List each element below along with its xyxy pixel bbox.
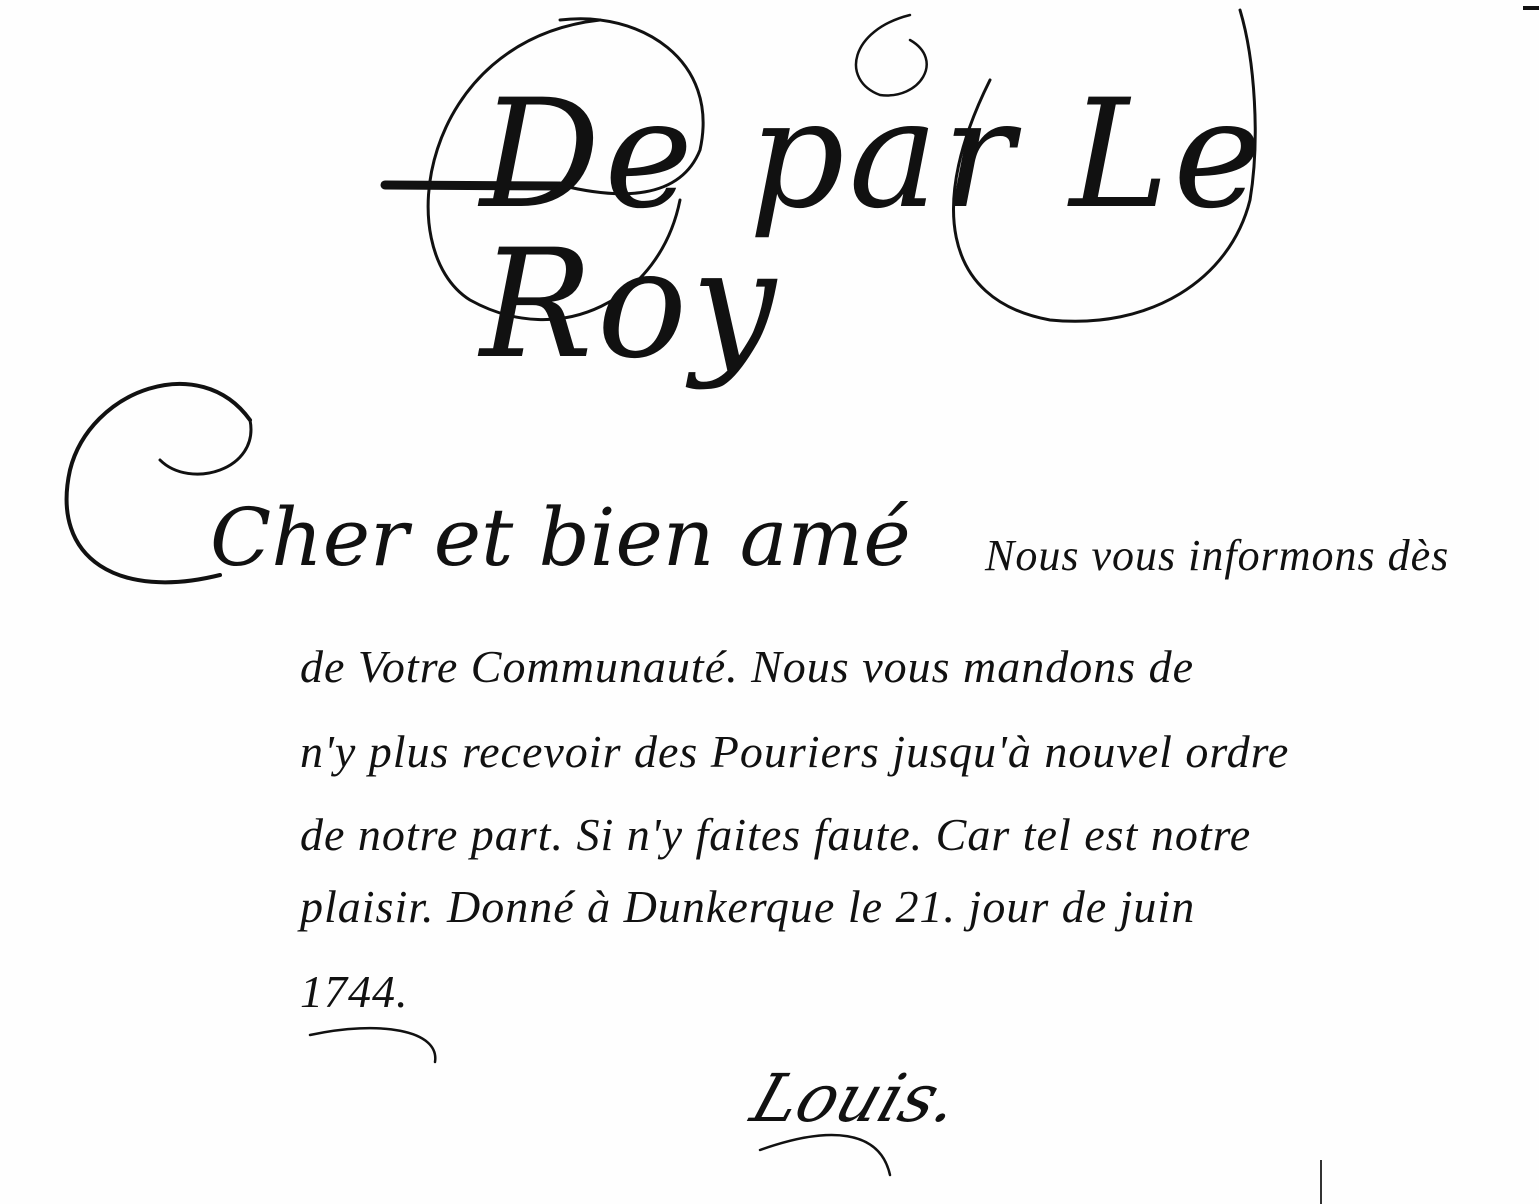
document-heading: De par Le Roy: [480, 80, 1539, 380]
margin-line: [1320, 1160, 1322, 1204]
royal-signature: Louis.: [742, 1060, 969, 1137]
text-line-1: Nous vous informons dès: [985, 530, 1449, 581]
text-line-3: n'y plus recevoir des Pouriers jusqu'à n…: [300, 725, 1289, 778]
corner-mark: [1523, 6, 1539, 10]
text-line-2: de Votre Communauté. Nous vous mandons d…: [300, 640, 1194, 693]
salutation: Cher et bien amé: [210, 498, 911, 578]
text-line-4: de notre part. Si n'y faites faute. Car …: [300, 808, 1251, 861]
date-year: 1744.: [300, 965, 409, 1018]
document-page: De par Le Roy Cher et bien amé Nous vous…: [0, 0, 1539, 1204]
text-line-5: plaisir. Donné à Dunkerque le 21. jour d…: [300, 880, 1195, 933]
